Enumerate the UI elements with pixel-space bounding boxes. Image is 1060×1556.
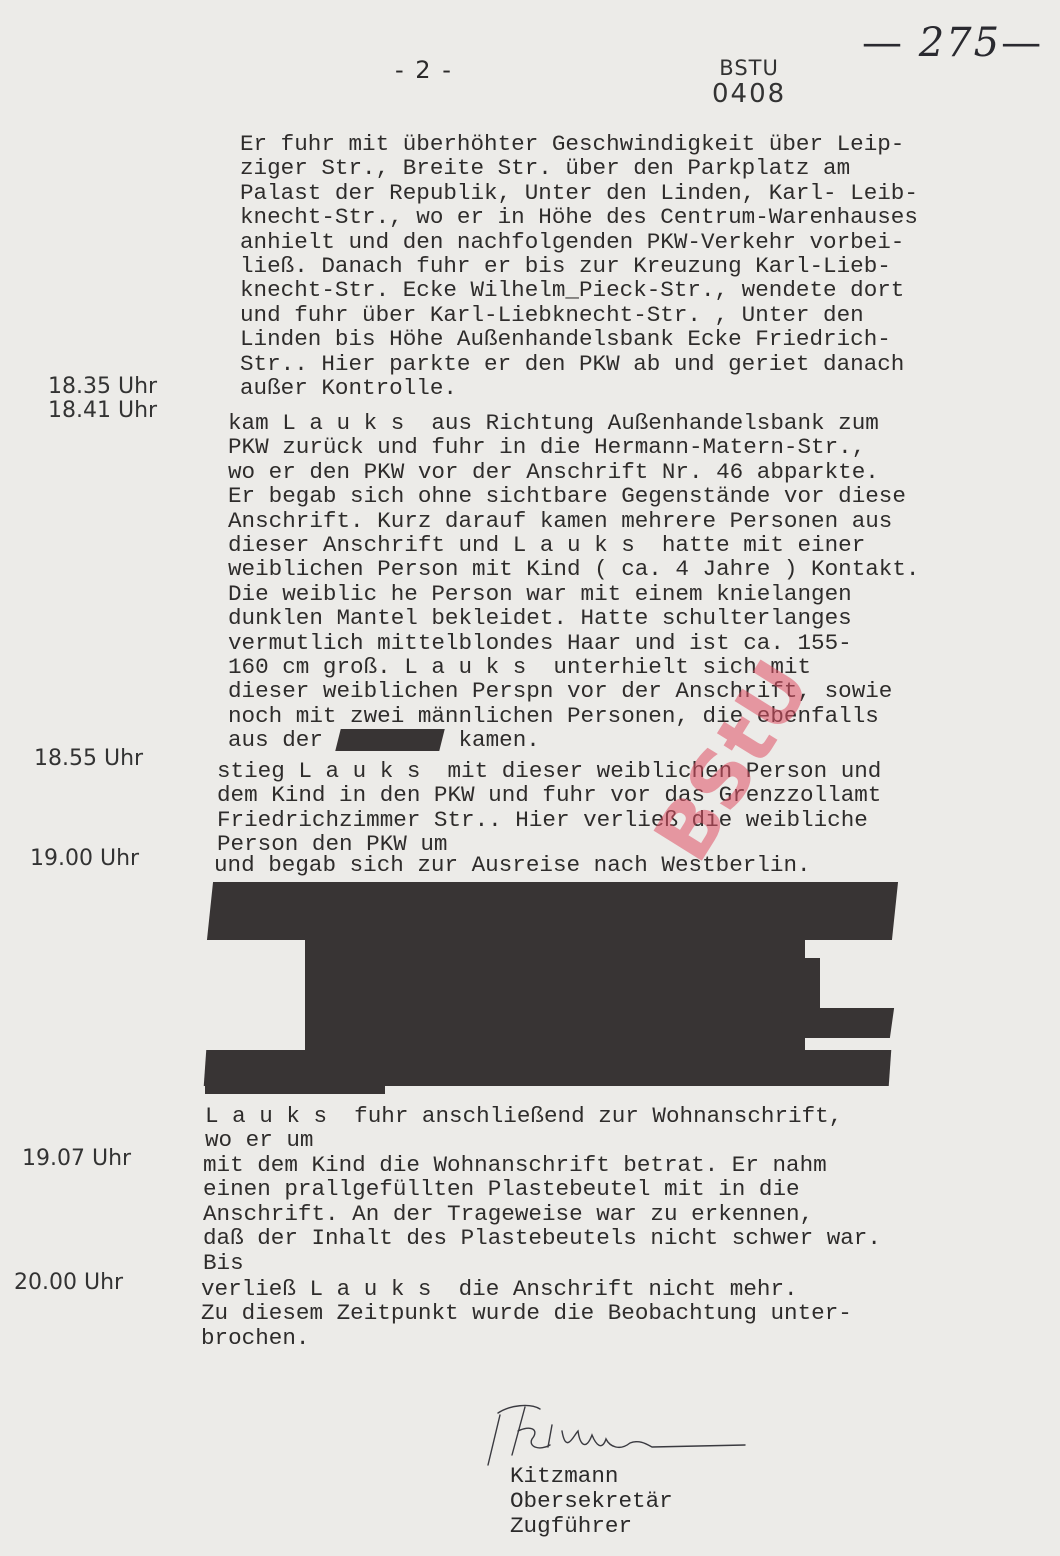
redaction-block-bottom (204, 1050, 892, 1086)
time-label-1841: 18.41 Uhr (48, 398, 157, 423)
text-line: Friedrichzimmer Str.. Hier verließ die w… (217, 808, 881, 832)
page-number: - 2 - (395, 56, 453, 84)
text-line: Die weiblic he Person war mit einem knie… (228, 582, 919, 606)
text-line: und begab sich zur Ausreise nach Westber… (214, 853, 811, 877)
signer-rank: Obersekretär (510, 1489, 673, 1514)
folio-value: 275 (919, 20, 1001, 66)
text-line: aus der kamen. (228, 728, 919, 752)
time-label-2000: 20.00 Uhr (14, 1270, 123, 1295)
text-line: verließ L a u k s die Anschrift nicht me… (201, 1277, 852, 1301)
text-line: Er begab sich ohne sichtbare Gegenstände… (228, 484, 919, 508)
text-line: L a u k s fuhr anschließend zur Wohnansc… (205, 1104, 842, 1128)
handwritten-folio-number: — 275— (862, 20, 1043, 66)
text-line: knecht-Str. Ecke Wilhelm_Pieck-Str., wen… (240, 278, 918, 302)
text-line: Er fuhr mit überhöhter Geschwindigkeit ü… (240, 132, 918, 156)
text-line: Zu diesem Zeitpunkt wurde die Beobachtun… (201, 1301, 852, 1325)
time-label-1900: 19.00 Uhr (30, 846, 139, 871)
paragraph-1907: mit dem Kind die Wohnanschrift betrat. E… (203, 1153, 881, 1275)
redaction-inline (335, 729, 444, 751)
time-label-1835: 18.35 Uhr (48, 374, 157, 399)
archive-stamp: BSTU 0408 (712, 56, 786, 108)
paragraph-2000: verließ L a u k s die Anschrift nicht me… (201, 1277, 852, 1350)
redaction-block-top (207, 882, 898, 940)
text-line: PKW zurück und fuhr in die Hermann-Mater… (228, 435, 919, 459)
text-line: Bis (203, 1251, 881, 1275)
paragraph-1841: kam L a u k s aus Richtung Außenhandelsb… (228, 411, 919, 753)
archive-stamp-label: BSTU (712, 56, 786, 80)
time-label-1907: 19.07 Uhr (22, 1146, 131, 1171)
text-line: Str.. Hier parkte er den PKW ab und geri… (240, 352, 918, 376)
text-line: wo er um (205, 1128, 842, 1152)
text-line: knecht-Str., wo er in Höhe des Centrum-W… (240, 205, 918, 229)
text-line: Palast der Republik, Unter den Linden, K… (240, 181, 918, 205)
text-line: und fuhr über Karl-Liebknecht-Str. , Unt… (240, 303, 918, 327)
text-line: einen prallgefüllten Plastebeutel mit in… (203, 1177, 881, 1201)
signer-name: Kitzmann (510, 1464, 673, 1489)
redaction-block-right-1 (780, 958, 820, 1010)
text-line: Anschrift. An der Trageweise war zu erke… (203, 1202, 881, 1226)
text-line: dunklen Mantel bekleidet. Hatte schulter… (228, 606, 919, 630)
text-line: wo er den PKW vor der Anschrift Nr. 46 a… (228, 460, 919, 484)
time-label-1855: 18.55 Uhr (34, 746, 143, 771)
paragraph-1855: stieg L a u k s mit dieser weiblichen Pe… (217, 759, 881, 857)
paragraph-route: Er fuhr mit überhöhter Geschwindigkeit ü… (240, 132, 918, 400)
text-line: daß der Inhalt des Plastebeutels nicht s… (203, 1226, 881, 1250)
redaction-block-right-2 (778, 1008, 894, 1038)
text-line: brochen. (201, 1326, 852, 1350)
text-line: anhielt und den nachfolgenden PKW-Verkeh… (240, 230, 918, 254)
text-line: außer Kontrolle. (240, 376, 918, 400)
text-line: vermutlich mittelblondes Haar und ist ca… (228, 631, 919, 655)
text-line: dieser Anschrift und L a u k s hatte mit… (228, 533, 919, 557)
text-line: dieser weiblichen Perspn vor der Anschri… (228, 679, 919, 703)
text-line: ziger Str., Breite Str. über den Parkpla… (240, 156, 918, 180)
text-line: noch mit zwei männlichen Personen, die e… (228, 704, 919, 728)
archive-stamp-number: 0408 (712, 80, 786, 108)
text-line: Anschrift. Kurz darauf kamen mehrere Per… (228, 509, 919, 533)
text-line: mit dem Kind die Wohnanschrift betrat. E… (203, 1153, 881, 1177)
paragraph-1900: und begab sich zur Ausreise nach Westber… (214, 853, 811, 877)
text-line: ließ. Danach fuhr er bis zur Kreuzung Ka… (240, 254, 918, 278)
redaction-block-tail (205, 1084, 385, 1094)
text-line: kam L a u k s aus Richtung Außenhandelsb… (228, 411, 919, 435)
text-line: Linden bis Höhe Außenhandelsbank Ecke Fr… (240, 327, 918, 351)
signature-block: KitzmannObersekretärZugführer (510, 1464, 673, 1539)
text-line: 160 cm groß. L a u k s unterhielt sich m… (228, 655, 919, 679)
text-line: dem Kind in den PKW und fuhr vor das Gre… (217, 783, 881, 807)
paragraph-after-redaction: L a u k s fuhr anschließend zur Wohnansc… (205, 1104, 842, 1153)
text-line: stieg L a u k s mit dieser weiblichen Pe… (217, 759, 881, 783)
signer-role: Zugführer (510, 1514, 673, 1539)
text-line: weiblichen Person mit Kind ( ca. 4 Jahre… (228, 557, 919, 581)
handwritten-signature (470, 1395, 750, 1470)
